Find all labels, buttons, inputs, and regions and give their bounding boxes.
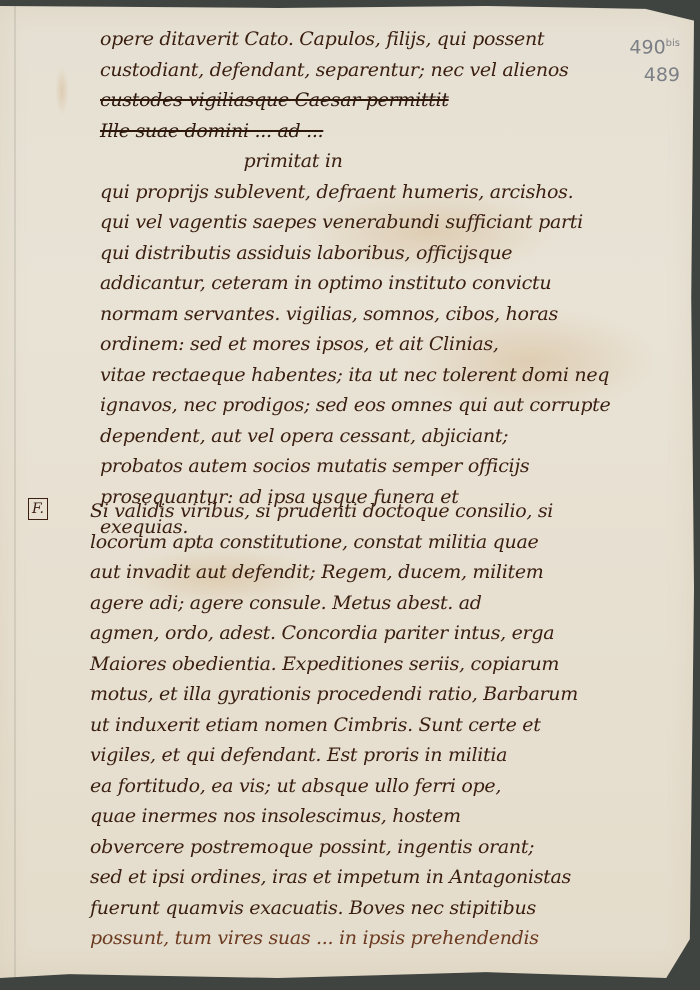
paper-stain [55,66,69,116]
text-line: Si validis viribus, si prudenti doctoque… [60,496,680,527]
page-fold-line [14,6,16,978]
text-line: dependent, aut vel opera cessant, abjici… [100,421,680,452]
text-line: probatos autem socios mutatis semper off… [100,451,680,482]
text-block-top: opere ditaverit Cato. Capulos, filijs, q… [100,24,680,543]
manuscript-page: 490bis 489 opere ditaverit Cato. Capulos… [0,6,694,978]
text-line: vigiles, et qui defendant. Est proris in… [60,740,680,771]
text-line: ut induxerit etiam nomen Cimbris. Sunt c… [60,710,680,741]
text-line: ea fortitudo, ea vis; ut absque ullo fer… [60,771,680,802]
text-line: agere adi; agere consule. Metus abest. a… [60,588,680,619]
text-line: qui vel vagentis saepes venerabundi suff… [100,207,680,238]
text-line-struck: Ille suae domini ... ad ... [100,116,680,147]
text-line: ignavos, nec prodigos; sed eos omnes qui… [100,390,680,421]
text-line-struck: custodes vigiliasque Caesar permittit [100,85,680,116]
text-line: ordinem: sed et mores ipsos, et ait Clin… [100,329,680,360]
text-line: quae inermes nos insolescimus, hostem [60,801,680,832]
text-line: aut invadit aut defendit; Regem, ducem, … [60,557,680,588]
text-line: qui proprijs sublevent, defraent humeris… [100,177,680,208]
text-line: opere ditaverit Cato. Capulos, filijs, q… [100,24,680,55]
text-line: possunt, tum vires suas ... in ipsis pre… [60,923,680,954]
text-line: obvercere postremoque possint, ingentis … [60,832,680,863]
text-line: agmen, ordo, adest. Concordia pariter in… [60,618,680,649]
text-line: qui distributis assiduis laboribus, offi… [100,238,680,269]
text-line: sed et ipsi ordines, iras et impetum in … [60,862,680,893]
text-block-bottom: Si validis viribus, si prudenti doctoque… [60,496,680,954]
text-line: locorum apta constitutione, constat mili… [60,527,680,558]
text-line: normam servantes. vigilias, somnos, cibo… [100,299,680,330]
text-line: primitat in [100,146,680,177]
text-line: motus, et illa gyrationis procedendi rat… [60,679,680,710]
text-line: custodiant, defendant, separentur; nec v… [100,55,680,86]
text-line: fuerunt quamvis exacuatis. Boves nec sti… [60,893,680,924]
text-line: Maiores obedientia. Expeditiones seriis,… [60,649,680,680]
paragraph-mark-box: F. [28,498,48,520]
text-line: vitae rectaeque habentes; ita ut nec tol… [100,360,680,391]
text-line: addicantur, ceteram in optimo instituto … [100,268,680,299]
